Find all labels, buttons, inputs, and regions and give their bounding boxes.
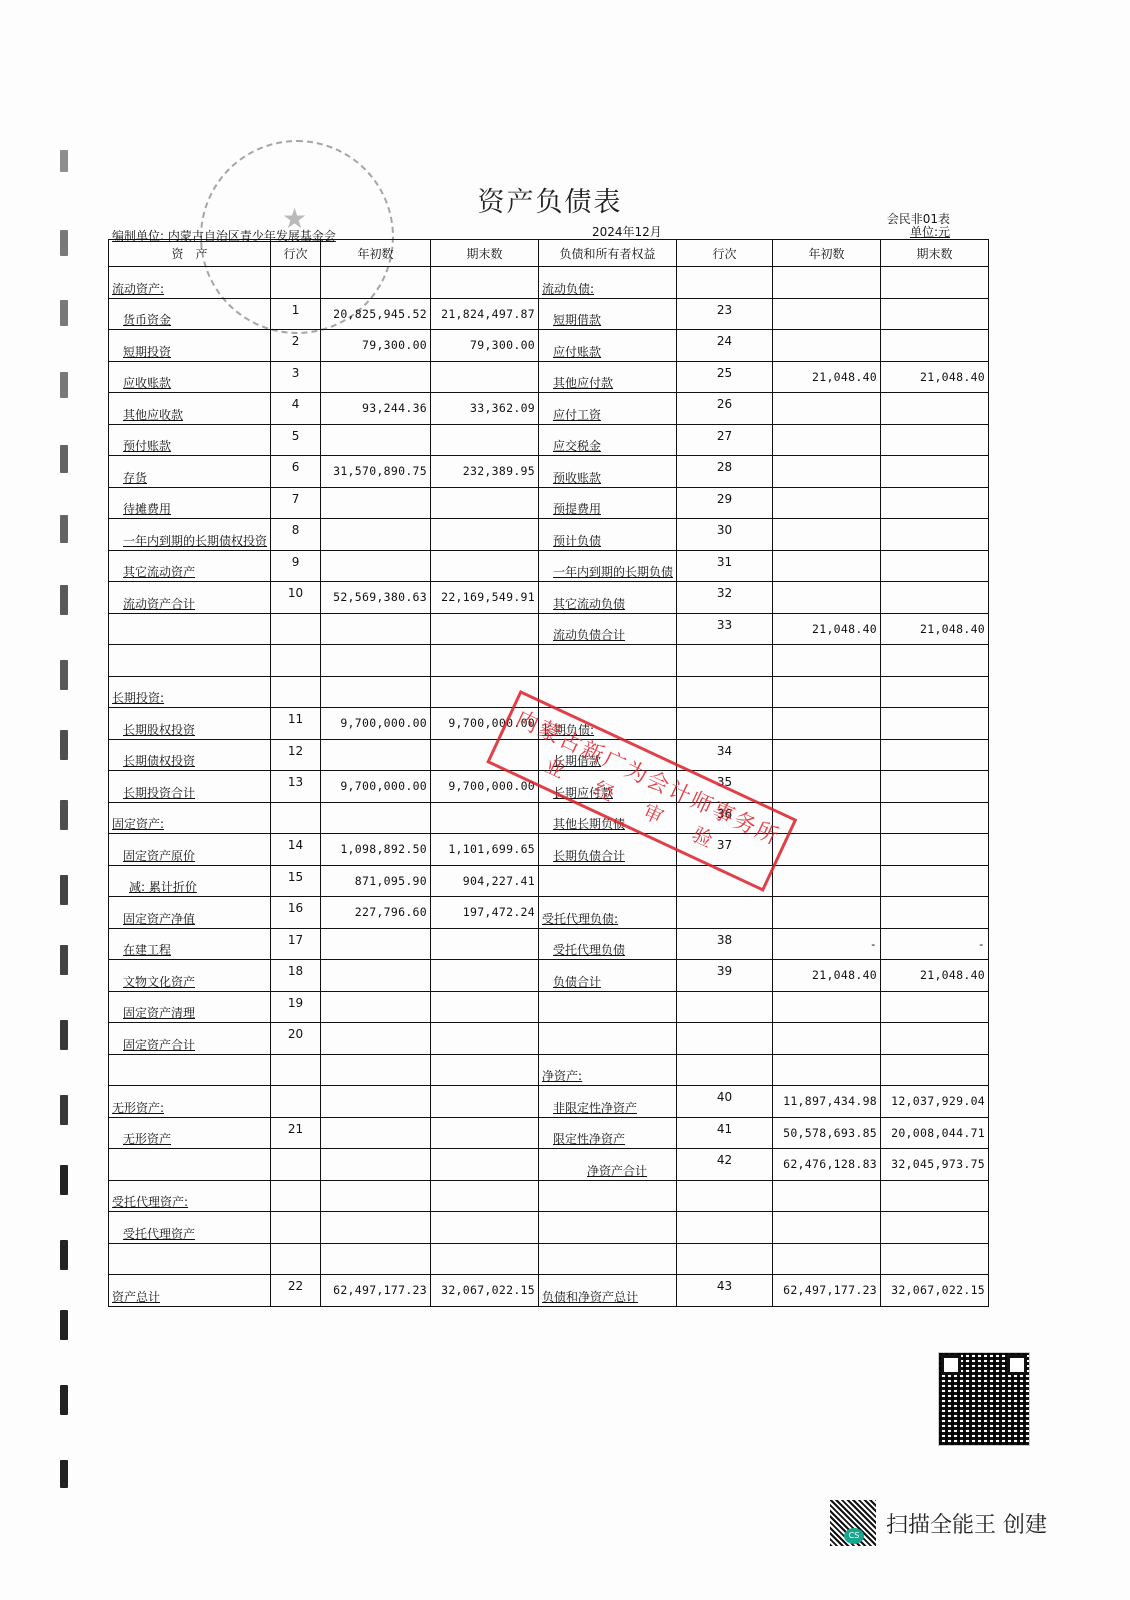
liability-ending-value xyxy=(881,645,989,677)
liability-label: 长期借款 xyxy=(539,739,677,771)
asset-beginning-value xyxy=(321,424,431,456)
liability-line-no xyxy=(677,1243,773,1275)
asset-line-no: 10 xyxy=(271,582,321,614)
binding-hole xyxy=(60,1385,68,1415)
asset-beginning-value: 9,700,000.00 xyxy=(321,771,431,803)
asset-ending-value: 32,067,022.15 xyxy=(431,1275,539,1307)
asset-ending-value xyxy=(431,1117,539,1149)
liability-line-no: 37 xyxy=(677,834,773,866)
liability-beginning-value: 21,048.40 xyxy=(773,960,881,992)
liability-label: 限定性净资产 xyxy=(539,1117,677,1149)
asset-beginning-value xyxy=(321,1212,431,1244)
liability-line-no: 30 xyxy=(677,519,773,551)
asset-line-no: 5 xyxy=(271,424,321,456)
asset-label: 无形资产: xyxy=(109,1086,271,1118)
asset-line-no xyxy=(271,267,321,299)
liability-ending-value: 21,048.40 xyxy=(881,960,989,992)
liability-beginning-value xyxy=(773,897,881,929)
asset-ending-value: 22,169,549.91 xyxy=(431,582,539,614)
table-row: 固定资产清理19 xyxy=(109,991,989,1023)
asset-label: 应收账款 xyxy=(109,361,271,393)
liability-line-no xyxy=(677,1212,773,1244)
asset-line-no: 12 xyxy=(271,739,321,771)
liability-line-no xyxy=(677,1054,773,1086)
liability-ending-value xyxy=(881,1054,989,1086)
asset-ending-value xyxy=(431,1212,539,1244)
asset-beginning-value xyxy=(321,1180,431,1212)
liability-label: 短期借款 xyxy=(539,298,677,330)
binding-hole xyxy=(60,1020,68,1050)
asset-line-no: 22 xyxy=(271,1275,321,1307)
header-ending-balance: 期末数 xyxy=(431,240,539,267)
liability-ending-value: 21,048.40 xyxy=(881,613,989,645)
table-row: 一年内到期的长期债权投资8预计负债30 xyxy=(109,519,989,551)
liability-label: 长期应付款 xyxy=(539,771,677,803)
table-row: 资产总计2262,497,177.2332,067,022.15负债和净资产总计… xyxy=(109,1275,989,1307)
table-row: 固定资产净值16227,796.60197,472.24受托代理负债: xyxy=(109,897,989,929)
liability-ending-value xyxy=(881,834,989,866)
asset-label: 在建工程 xyxy=(109,928,271,960)
asset-ending-value xyxy=(431,613,539,645)
liability-line-no: 28 xyxy=(677,456,773,488)
liability-label: 长期负债: xyxy=(539,708,677,740)
liability-line-no: 38 xyxy=(677,928,773,960)
liability-ending-value: 32,045,973.75 xyxy=(881,1149,989,1181)
liability-line-no xyxy=(677,897,773,929)
asset-line-no: 21 xyxy=(271,1117,321,1149)
binding-hole xyxy=(60,800,68,830)
liability-beginning-value xyxy=(773,393,881,425)
asset-line-no: 18 xyxy=(271,960,321,992)
header-assets: 资 产 xyxy=(109,240,271,267)
asset-ending-value xyxy=(431,361,539,393)
header-beginning-balance: 年初数 xyxy=(321,240,431,267)
liability-beginning-value xyxy=(773,519,881,551)
asset-line-no xyxy=(271,1086,321,1118)
liability-ending-value xyxy=(881,582,989,614)
liability-ending-value xyxy=(881,1180,989,1212)
asset-beginning-value: 31,570,890.75 xyxy=(321,456,431,488)
asset-ending-value: 21,824,497.87 xyxy=(431,298,539,330)
asset-ending-value xyxy=(431,550,539,582)
binding-hole xyxy=(60,1095,68,1125)
asset-label: 长期股权投资 xyxy=(109,708,271,740)
liability-beginning-value xyxy=(773,582,881,614)
liability-beginning-value: - xyxy=(773,928,881,960)
liability-ending-value: 12,037,929.04 xyxy=(881,1086,989,1118)
asset-ending-value: 197,472.24 xyxy=(431,897,539,929)
asset-label: 货币资金 xyxy=(109,298,271,330)
liability-line-no: 29 xyxy=(677,487,773,519)
liability-ending-value: 32,067,022.15 xyxy=(881,1275,989,1307)
asset-label: 固定资产: xyxy=(109,802,271,834)
asset-label: 流动资产合计 xyxy=(109,582,271,614)
asset-ending-value: 9,700,000.00 xyxy=(431,771,539,803)
asset-label: 固定资产原价 xyxy=(109,834,271,866)
liability-line-no: 42 xyxy=(677,1149,773,1181)
liability-line-no xyxy=(677,865,773,897)
liability-line-no xyxy=(677,645,773,677)
liability-beginning-value xyxy=(773,676,881,708)
liability-beginning-value xyxy=(773,456,881,488)
table-row: 流动负债合计3321,048.4021,048.40 xyxy=(109,613,989,645)
asset-line-no: 16 xyxy=(271,897,321,929)
asset-ending-value: 232,389.95 xyxy=(431,456,539,488)
asset-line-no xyxy=(271,645,321,677)
asset-ending-value xyxy=(431,487,539,519)
asset-label xyxy=(109,613,271,645)
liability-beginning-value: 21,048.40 xyxy=(773,613,881,645)
binding-hole xyxy=(60,300,68,326)
asset-beginning-value xyxy=(321,739,431,771)
asset-beginning-value: 79,300.00 xyxy=(321,330,431,362)
liability-beginning-value xyxy=(773,991,881,1023)
asset-beginning-value xyxy=(321,613,431,645)
binding-hole xyxy=(60,445,68,473)
asset-label: 受托代理资产: xyxy=(109,1180,271,1212)
liability-label xyxy=(539,991,677,1023)
asset-line-no: 9 xyxy=(271,550,321,582)
liability-ending-value xyxy=(881,771,989,803)
liability-beginning-value xyxy=(773,1212,881,1244)
liability-beginning-value xyxy=(773,739,881,771)
header-line-no-2: 行次 xyxy=(677,240,773,267)
binding-hole xyxy=(60,585,68,615)
liability-beginning-value: 11,897,434.98 xyxy=(773,1086,881,1118)
liability-ending-value: 20,008,044.71 xyxy=(881,1117,989,1149)
table-row: 在建工程17受托代理负债38-- xyxy=(109,928,989,960)
asset-beginning-value xyxy=(321,928,431,960)
asset-label xyxy=(109,1243,271,1275)
asset-beginning-value xyxy=(321,645,431,677)
asset-label xyxy=(109,1149,271,1181)
liability-beginning-value xyxy=(773,1180,881,1212)
asset-beginning-value: 871,095.90 xyxy=(321,865,431,897)
scanner-label: 扫描全能王 创建 xyxy=(886,1508,1047,1539)
table-row: 固定资产:其他长期负债36 xyxy=(109,802,989,834)
binding-hole xyxy=(60,1165,68,1195)
qr-code-icon xyxy=(938,1352,1030,1446)
liability-label xyxy=(539,1212,677,1244)
table-row: 受托代理资产: xyxy=(109,1180,989,1212)
header-ending-balance-2: 期末数 xyxy=(881,240,989,267)
asset-ending-value xyxy=(431,1243,539,1275)
table-row: 受托代理资产 xyxy=(109,1212,989,1244)
liability-line-no: 36 xyxy=(677,802,773,834)
asset-beginning-value xyxy=(321,550,431,582)
asset-ending-value xyxy=(431,739,539,771)
liability-ending-value xyxy=(881,991,989,1023)
liability-ending-value xyxy=(881,1212,989,1244)
asset-label: 长期投资合计 xyxy=(109,771,271,803)
asset-line-no xyxy=(271,1149,321,1181)
header-liabilities-equity: 负债和所有者权益 xyxy=(539,240,677,267)
asset-ending-value xyxy=(431,1180,539,1212)
currency-unit: 单位:元 xyxy=(887,226,950,239)
liability-line-no: 43 xyxy=(677,1275,773,1307)
table-row: 流动资产:流动负债: xyxy=(109,267,989,299)
asset-label: 预付账款 xyxy=(109,424,271,456)
liability-ending-value xyxy=(881,1243,989,1275)
table-row: 净资产合计4262,476,128.8332,045,973.75 xyxy=(109,1149,989,1181)
liability-label: 应交税金 xyxy=(539,424,677,456)
report-period: 2024年12月 xyxy=(592,223,662,240)
liability-label xyxy=(539,1023,677,1055)
asset-line-no: 20 xyxy=(271,1023,321,1055)
asset-beginning-value xyxy=(321,487,431,519)
liability-ending-value xyxy=(881,1023,989,1055)
table-row: 流动资产合计1052,569,380.6322,169,549.91其它流动负债… xyxy=(109,582,989,614)
liability-line-no: 24 xyxy=(677,330,773,362)
liability-label: 预提费用 xyxy=(539,487,677,519)
liability-line-no xyxy=(677,1023,773,1055)
binding-hole xyxy=(60,660,68,690)
asset-ending-value xyxy=(431,960,539,992)
table-row: 无形资产:非限定性净资产4011,897,434.9812,037,929.04 xyxy=(109,1086,989,1118)
table-row: 短期投资279,300.0079,300.00应付账款24 xyxy=(109,330,989,362)
liability-label: 其他应付款 xyxy=(539,361,677,393)
asset-label: 一年内到期的长期债权投资 xyxy=(109,519,271,551)
liability-label xyxy=(539,865,677,897)
liability-line-no: 35 xyxy=(677,771,773,803)
liability-ending-value xyxy=(881,802,989,834)
asset-line-no xyxy=(271,613,321,645)
liability-label: 应付工资 xyxy=(539,393,677,425)
liability-ending-value: 21,048.40 xyxy=(881,361,989,393)
asset-label: 固定资产净值 xyxy=(109,897,271,929)
liability-ending-value xyxy=(881,739,989,771)
asset-ending-value xyxy=(431,676,539,708)
liability-line-no: 39 xyxy=(677,960,773,992)
table-row: 其它流动资产9一年内到期的长期负债31 xyxy=(109,550,989,582)
asset-label: 固定资产清理 xyxy=(109,991,271,1023)
liability-label: 应付账款 xyxy=(539,330,677,362)
asset-ending-value xyxy=(431,1149,539,1181)
liability-beginning-value xyxy=(773,424,881,456)
table-row: 长期债权投资12长期借款34 xyxy=(109,739,989,771)
table-row: 固定资产合计20 xyxy=(109,1023,989,1055)
asset-beginning-value xyxy=(321,1117,431,1149)
table-row: 应收账款3其他应付款2521,048.4021,048.40 xyxy=(109,361,989,393)
liability-label: 其它流动负债 xyxy=(539,582,677,614)
asset-beginning-value xyxy=(321,1054,431,1086)
asset-line-no xyxy=(271,802,321,834)
liability-line-no xyxy=(677,708,773,740)
liability-label xyxy=(539,676,677,708)
asset-beginning-value xyxy=(321,802,431,834)
asset-line-no xyxy=(271,1243,321,1275)
asset-ending-value xyxy=(431,1086,539,1118)
asset-label: 减: 累计折价 xyxy=(109,865,271,897)
header-beginning-balance-2: 年初数 xyxy=(773,240,881,267)
asset-ending-value: 904,227.41 xyxy=(431,865,539,897)
liability-label: 负债和净资产总计 xyxy=(539,1275,677,1307)
binding-hole xyxy=(60,945,68,975)
asset-line-no xyxy=(271,1212,321,1244)
binding-hole xyxy=(60,730,68,760)
binding-hole xyxy=(60,150,68,172)
asset-beginning-value: 62,497,177.23 xyxy=(321,1275,431,1307)
liability-label: 净资产: xyxy=(539,1054,677,1086)
liability-line-no: 25 xyxy=(677,361,773,393)
binding-hole xyxy=(60,875,68,905)
asset-label: 存货 xyxy=(109,456,271,488)
asset-beginning-value xyxy=(321,960,431,992)
asset-beginning-value: 52,569,380.63 xyxy=(321,582,431,614)
liability-beginning-value: 21,048.40 xyxy=(773,361,881,393)
liability-line-no: 23 xyxy=(677,298,773,330)
asset-line-no: 7 xyxy=(271,487,321,519)
liability-label: 预计负债 xyxy=(539,519,677,551)
liability-line-no xyxy=(677,267,773,299)
asset-label: 文物文化资产 xyxy=(109,960,271,992)
cs-badge: CS xyxy=(844,1528,864,1544)
asset-label xyxy=(109,1054,271,1086)
asset-line-no: 1 xyxy=(271,298,321,330)
asset-beginning-value: 93,244.36 xyxy=(321,393,431,425)
liability-line-no xyxy=(677,676,773,708)
table-row: 长期股权投资119,700,000.009,700,000.00长期负债: xyxy=(109,708,989,740)
liability-beginning-value xyxy=(773,298,881,330)
camscanner-logo-icon: CS xyxy=(830,1500,876,1546)
liability-line-no: 31 xyxy=(677,550,773,582)
liability-beginning-value xyxy=(773,771,881,803)
liability-ending-value xyxy=(881,708,989,740)
table-row: 净资产: xyxy=(109,1054,989,1086)
liability-line-no: 34 xyxy=(677,739,773,771)
liability-ending-value xyxy=(881,330,989,362)
liability-beginning-value xyxy=(773,267,881,299)
asset-label: 其它流动资产 xyxy=(109,550,271,582)
asset-ending-value xyxy=(431,424,539,456)
liability-line-no: 40 xyxy=(677,1086,773,1118)
asset-label: 短期投资 xyxy=(109,330,271,362)
liability-ending-value xyxy=(881,676,989,708)
asset-line-no: 11 xyxy=(271,708,321,740)
asset-beginning-value: 1,098,892.50 xyxy=(321,834,431,866)
asset-ending-value xyxy=(431,1054,539,1086)
liability-beginning-value xyxy=(773,645,881,677)
asset-label: 其他应收款 xyxy=(109,393,271,425)
liability-label: 非限定性净资产 xyxy=(539,1086,677,1118)
liability-line-no: 33 xyxy=(677,613,773,645)
liability-label: 受托代理负债 xyxy=(539,928,677,960)
table-row: 文物文化资产18负债合计3921,048.4021,048.40 xyxy=(109,960,989,992)
liability-label: 流动负债: xyxy=(539,267,677,299)
asset-line-no xyxy=(271,676,321,708)
asset-beginning-value xyxy=(321,1243,431,1275)
asset-beginning-value xyxy=(321,1086,431,1118)
asset-line-no: 6 xyxy=(271,456,321,488)
liability-ending-value xyxy=(881,393,989,425)
table-row: 减: 累计折价15871,095.90904,227.41 xyxy=(109,865,989,897)
asset-beginning-value xyxy=(321,991,431,1023)
binding-hole xyxy=(60,372,68,398)
liability-beginning-value xyxy=(773,487,881,519)
asset-line-no: 8 xyxy=(271,519,321,551)
liability-beginning-value xyxy=(773,865,881,897)
asset-beginning-value: 227,796.60 xyxy=(321,897,431,929)
table-row: 固定资产原价141,098,892.501,101,699.65长期负债合计37 xyxy=(109,834,989,866)
asset-line-no: 19 xyxy=(271,991,321,1023)
asset-line-no: 2 xyxy=(271,330,321,362)
asset-beginning-value xyxy=(321,519,431,551)
table-row xyxy=(109,645,989,677)
table-row: 其他应收款493,244.3633,362.09应付工资26 xyxy=(109,393,989,425)
asset-label: 无形资产 xyxy=(109,1117,271,1149)
asset-label xyxy=(109,645,271,677)
asset-label: 资产总计 xyxy=(109,1275,271,1307)
liability-beginning-value xyxy=(773,802,881,834)
liability-ending-value xyxy=(881,865,989,897)
liability-beginning-value xyxy=(773,1023,881,1055)
asset-ending-value xyxy=(431,645,539,677)
table-row: 货币资金120,825,945.5221,824,497.87短期借款23 xyxy=(109,298,989,330)
asset-line-no: 15 xyxy=(271,865,321,897)
asset-ending-value xyxy=(431,519,539,551)
table-row: 存货631,570,890.75232,389.95预收账款28 xyxy=(109,456,989,488)
asset-line-no xyxy=(271,1180,321,1212)
asset-ending-value: 9,700,000.00 xyxy=(431,708,539,740)
asset-ending-value: 33,362.09 xyxy=(431,393,539,425)
asset-line-no: 17 xyxy=(271,928,321,960)
asset-beginning-value: 9,700,000.00 xyxy=(321,708,431,740)
asset-label: 受托代理资产 xyxy=(109,1212,271,1244)
liability-line-no: 27 xyxy=(677,424,773,456)
liability-label: 净资产合计 xyxy=(539,1149,677,1181)
asset-ending-value xyxy=(431,991,539,1023)
liability-label: 受托代理负债: xyxy=(539,897,677,929)
liability-line-no: 26 xyxy=(677,393,773,425)
liability-label: 流动负债合计 xyxy=(539,613,677,645)
table-row xyxy=(109,1243,989,1275)
binding-hole xyxy=(60,515,68,543)
liability-ending-value xyxy=(881,550,989,582)
liability-label: 一年内到期的长期负债 xyxy=(539,550,677,582)
asset-label: 长期债权投资 xyxy=(109,739,271,771)
table-header-row: 资 产 行次 年初数 期末数 负债和所有者权益 行次 年初数 期末数 xyxy=(109,240,989,267)
asset-line-no: 4 xyxy=(271,393,321,425)
liability-beginning-value xyxy=(773,708,881,740)
liability-ending-value xyxy=(881,897,989,929)
asset-ending-value: 79,300.00 xyxy=(431,330,539,362)
liability-ending-value xyxy=(881,424,989,456)
liability-beginning-value: 62,476,128.83 xyxy=(773,1149,881,1181)
asset-beginning-value xyxy=(321,361,431,393)
liability-beginning-value xyxy=(773,330,881,362)
liability-beginning-value xyxy=(773,1054,881,1086)
balance-sheet-table: 资 产 行次 年初数 期末数 负债和所有者权益 行次 年初数 期末数 流动资产:… xyxy=(108,239,989,1307)
liability-label xyxy=(539,645,677,677)
table-row: 长期投资合计139,700,000.009,700,000.00长期应付款35 xyxy=(109,771,989,803)
asset-label: 长期投资: xyxy=(109,676,271,708)
asset-beginning-value xyxy=(321,267,431,299)
table-row: 长期投资: xyxy=(109,676,989,708)
liability-label: 其他长期负债 xyxy=(539,802,677,834)
liability-line-no: 32 xyxy=(677,582,773,614)
liability-ending-value xyxy=(881,456,989,488)
asset-beginning-value xyxy=(321,676,431,708)
table-row: 预付账款5应交税金27 xyxy=(109,424,989,456)
asset-beginning-value: 20,825,945.52 xyxy=(321,298,431,330)
liability-line-no xyxy=(677,1180,773,1212)
liability-line-no: 41 xyxy=(677,1117,773,1149)
binding-hole xyxy=(60,1240,68,1270)
header-line-no: 行次 xyxy=(271,240,321,267)
asset-label: 流动资产: xyxy=(109,267,271,299)
form-code-block: 会民非01表 单位:元 xyxy=(887,213,950,239)
asset-beginning-value xyxy=(321,1149,431,1181)
